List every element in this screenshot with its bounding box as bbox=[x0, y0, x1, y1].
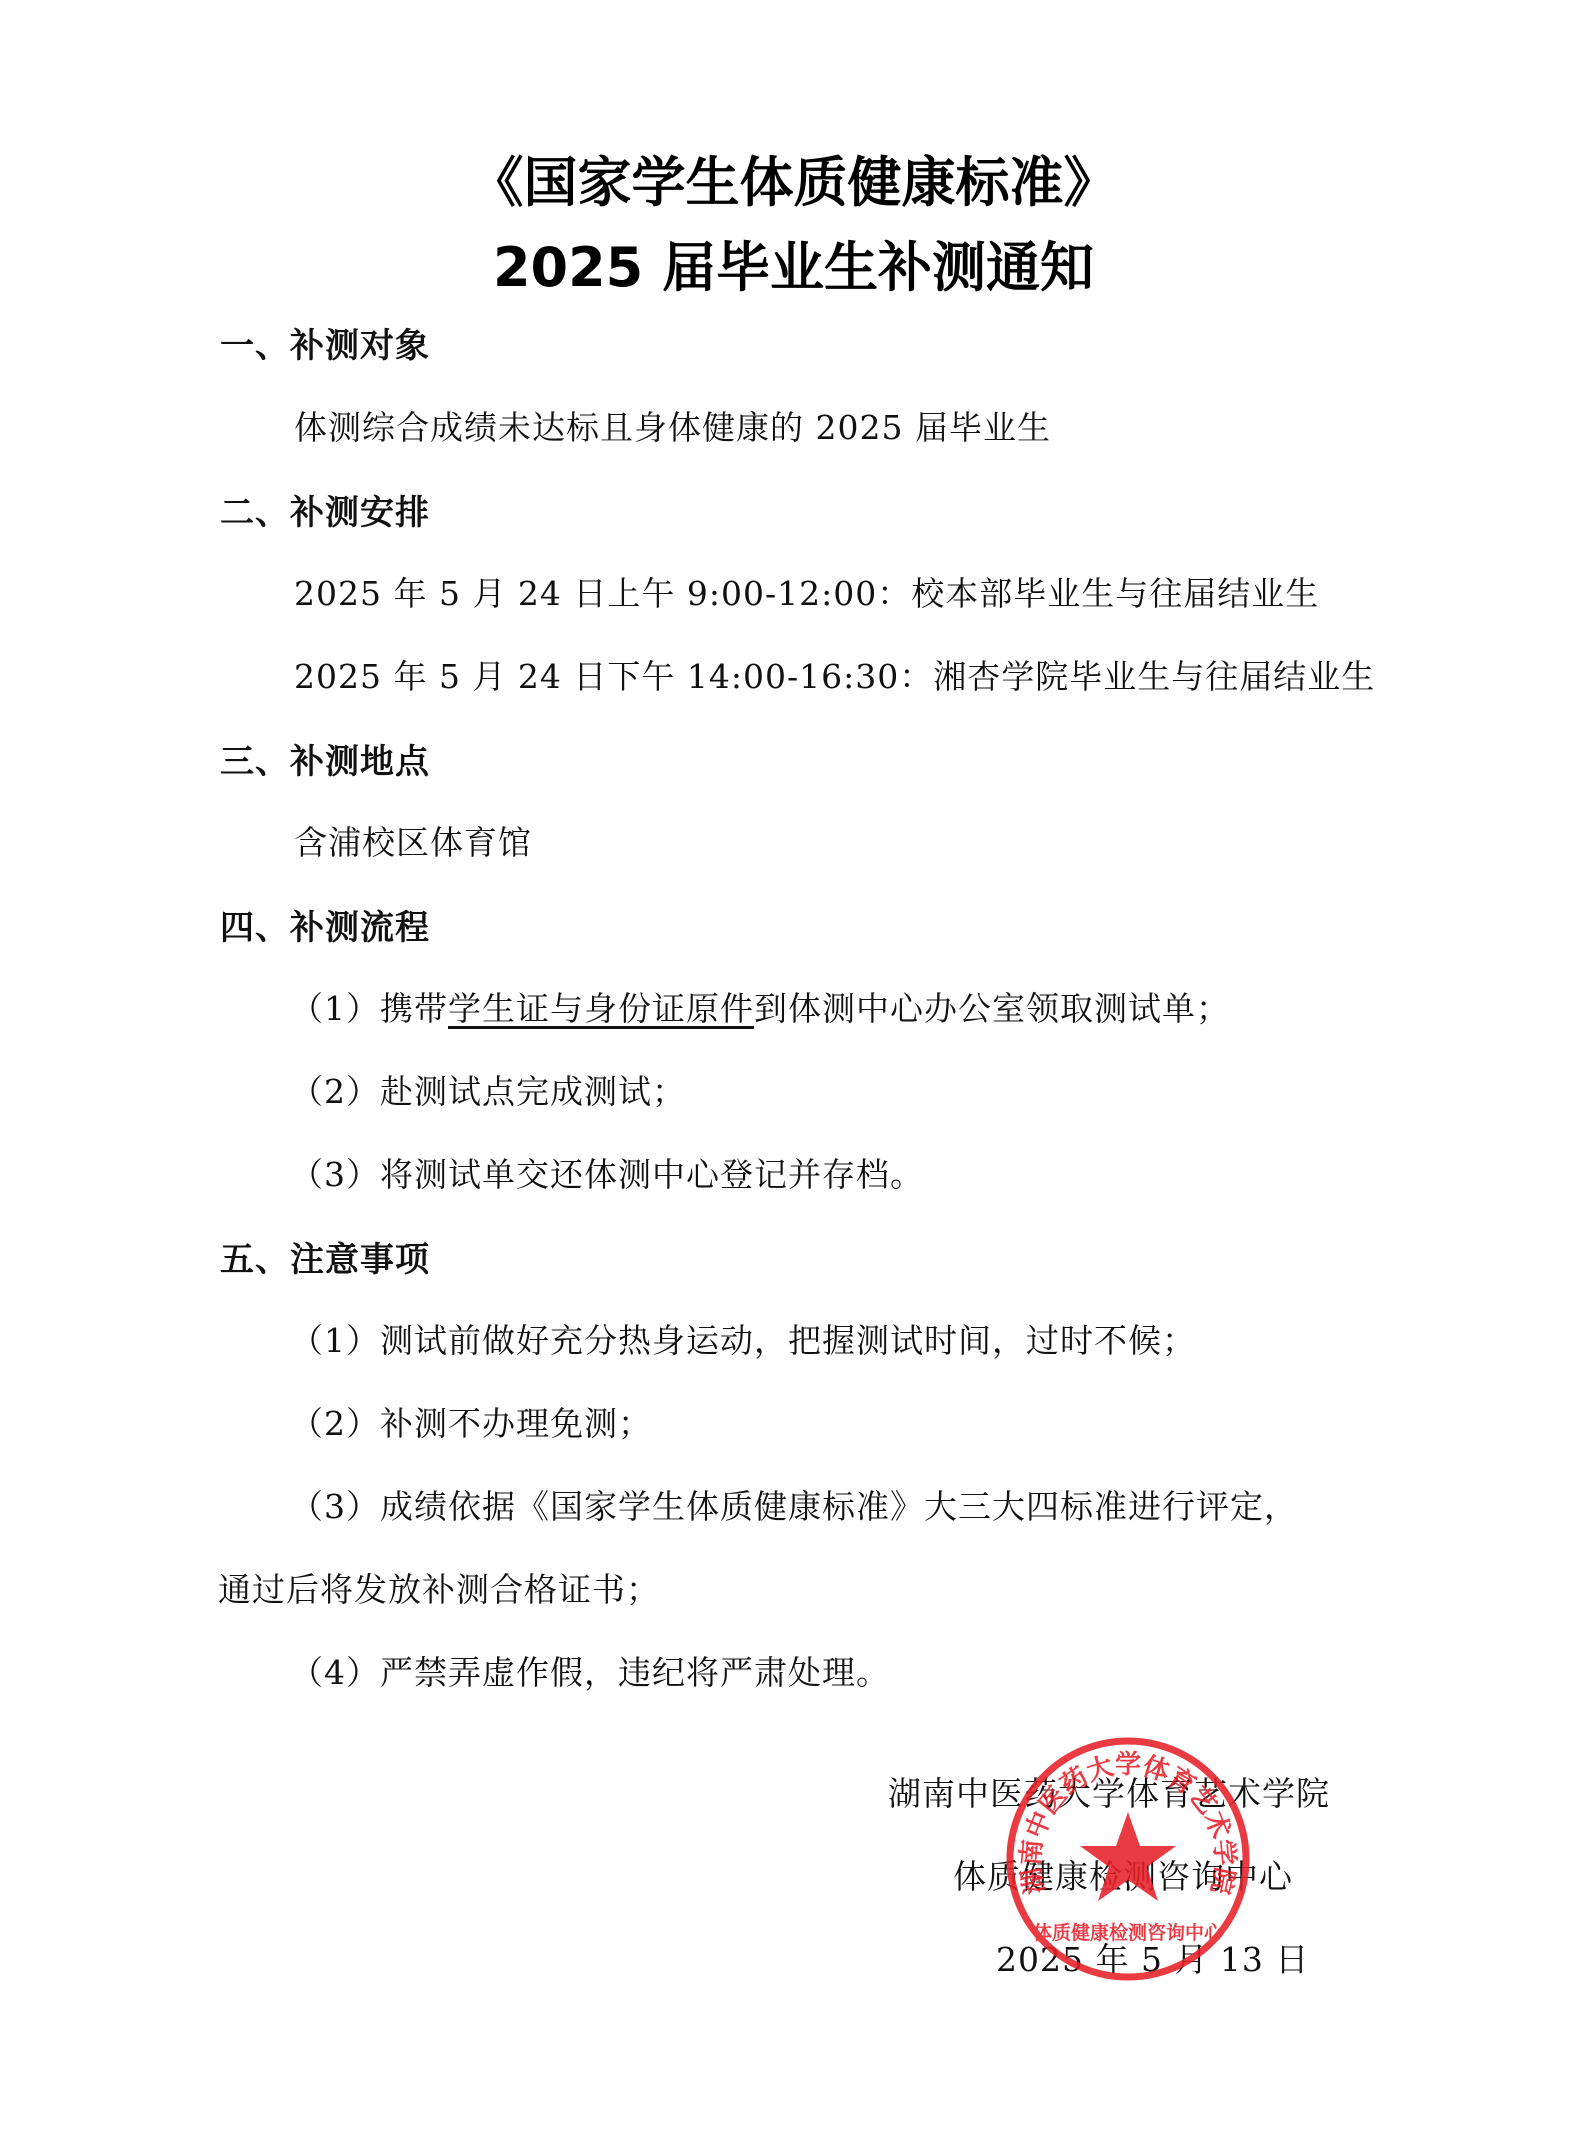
process-step-1: （1）携带学生证与身份证原件到体测中心办公室领取测试单； bbox=[290, 983, 1230, 1030]
title-line-1: 《国家学生体质健康标准》 bbox=[0, 140, 1587, 217]
section-heading-schedule: 二、补测安排 bbox=[220, 485, 430, 534]
note-3: （3）成绩依据《国家学生体质健康标准》大三大四标准进行评定， bbox=[290, 1481, 1298, 1528]
note-2: （2）补测不办理免测； bbox=[290, 1398, 652, 1445]
required-documents: 学生证与身份证原件 bbox=[448, 989, 754, 1028]
section-heading-location: 三、补测地点 bbox=[220, 734, 430, 783]
note-1: （1）测试前做好充分热身运动，把握测试时间，过时不候； bbox=[290, 1315, 1196, 1362]
star-icon bbox=[1080, 1812, 1176, 1901]
step-1-suffix: 到体测中心办公室领取测试单； bbox=[754, 989, 1230, 1028]
schedule-afternoon: 2025 年 5 月 24 日下午 14:00-16:30：湘杏学院毕业生与往届… bbox=[294, 651, 1375, 698]
process-step-3: （3）将测试单交还体测中心登记并存档。 bbox=[290, 1149, 924, 1196]
title-line-2: 2025 届毕业生补测通知 bbox=[0, 225, 1587, 302]
note-3-continuation: 通过后将发放补测合格证书； bbox=[218, 1564, 660, 1611]
schedule-morning: 2025 年 5 月 24 日上午 9:00-12:00：校本部毕业生与往届结业… bbox=[294, 568, 1319, 615]
note-4: （4）严禁弄虚作假，违纪将严肃处理。 bbox=[290, 1647, 890, 1694]
target-description: 体测综合成绩未达标且身体健康的 2025 届毕业生 bbox=[294, 402, 1051, 449]
seal-inner-text: 体质健康检测咨询中心 bbox=[1033, 1921, 1224, 1944]
step-1-prefix: （1）携带 bbox=[290, 989, 448, 1028]
process-step-2: （2）赴测试点完成测试； bbox=[290, 1066, 686, 1113]
section-heading-target: 一、补测对象 bbox=[220, 318, 430, 367]
section-heading-process: 四、补测流程 bbox=[220, 900, 430, 949]
official-seal: 湖南中医药大学体育艺术学院 体质健康检测咨询中心 bbox=[1003, 1734, 1253, 1984]
location-text: 含浦校区体育馆 bbox=[294, 817, 532, 864]
section-heading-notes: 五、注意事项 bbox=[220, 1232, 430, 1281]
